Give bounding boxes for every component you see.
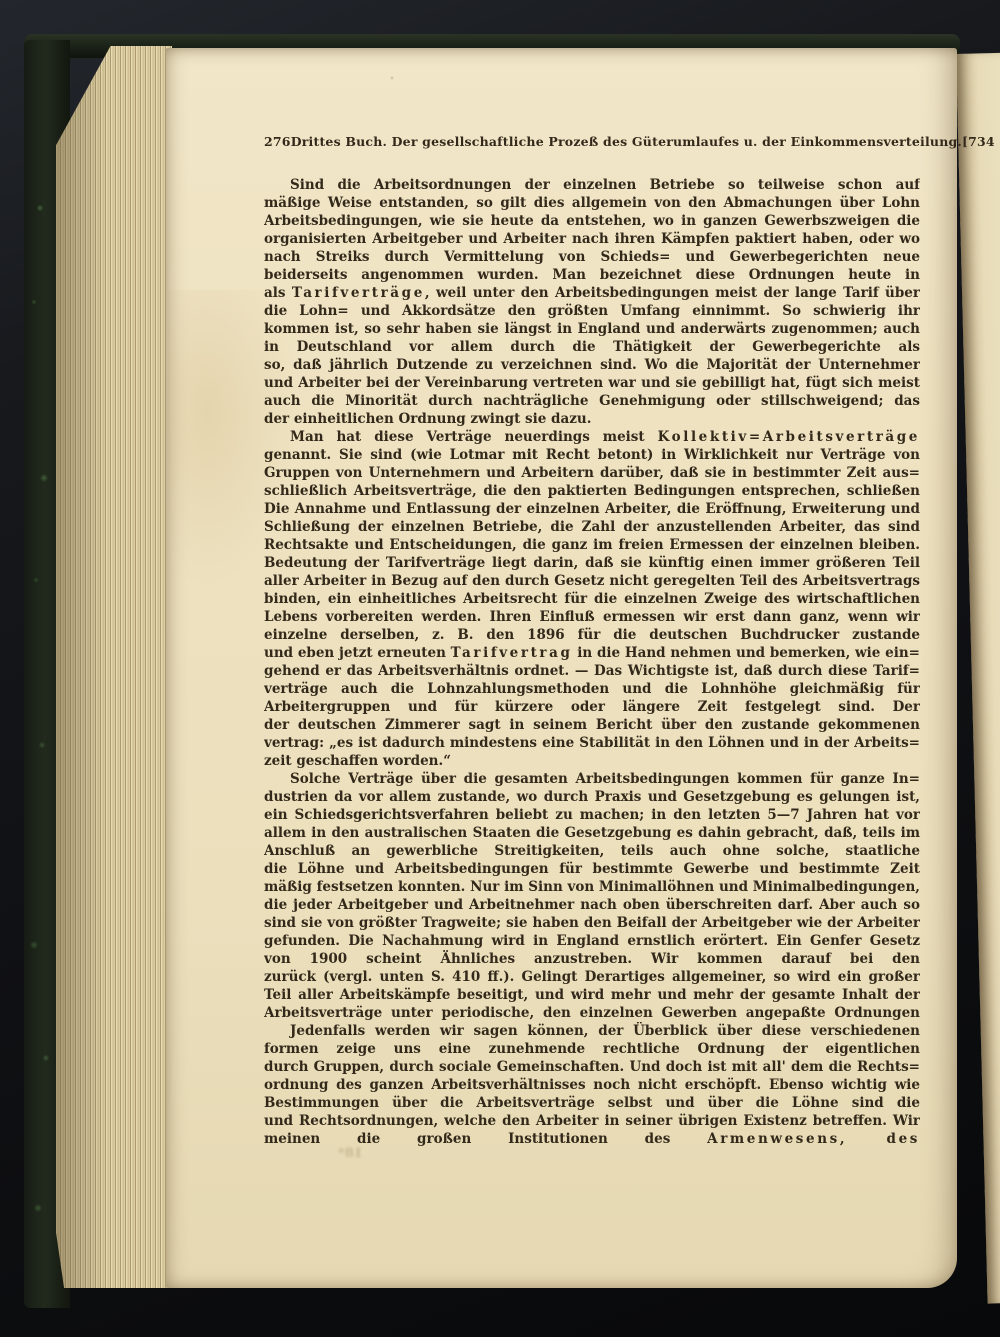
text-line: Bestimmungen über die Arbeitsverträge se… [264,1094,920,1112]
text-line: die jeder Arbeitgeber und Arbeitnehmer n… [264,896,920,914]
show-through-mark: 18* [338,1146,363,1161]
text-line: und eben jetzt erneuten Tarifvertrag in … [264,644,920,662]
running-title: Drittes Buch. Der gesellschaftliche Proz… [291,134,962,149]
letterspaced-term: Tarifverträge [292,285,425,301]
text-line: gehend er das Arbeitsverhältnis ordnet. … [264,662,920,680]
text-line: formen zeige uns eine zunehmende rechtli… [264,1040,920,1058]
text-line: der einheitlichen Ordnung zwingt sie daz… [264,410,920,428]
text-line: verträge auch die Lohnzahlungsmethoden u… [264,680,920,698]
body-text: Sind die Arbeitsordnungen der einzelnen … [264,176,920,1148]
text-line: Gruppen von Unternehmern und Arbeitern d… [264,464,920,482]
text-line: Rechtsakte und Entscheidungen, die ganz … [264,536,920,554]
page-content: 276 Drittes Buch. Der gesellschaftliche … [264,134,920,1148]
text-line: mäßig festsetzen konnten. Nur im Sinn vo… [264,878,920,896]
text-line: gefunden. Die Nachahmung wird in England… [264,932,920,950]
text-line: kommen ist, so sehr haben sie längst in … [264,320,920,338]
letterspaced-term: Kollektiv=Arbeitsverträge [658,429,920,445]
text-line: ordnung des ganzen Arbeitsverhältnisses … [264,1076,920,1094]
text-line: der deutschen Zimmerer sagt in seinem Be… [264,716,920,734]
text-line: Jedenfalls werden wir sagen können, der … [264,1022,920,1040]
text-line: von 1900 scheint Ähnliches anzustreben. … [264,950,920,968]
text-line: Anschluß an gewerbliche Streitigkeiten, … [264,842,920,860]
letterspaced-term: Tarifvertrag [451,645,573,661]
text-line: so, daß jährlich Dutzende zu verzeichnen… [264,356,920,374]
text-line: organisierten Arbeitgeber und Arbeiter n… [264,230,920,248]
text-line: aller Arbeiter in Bezug auf den durch Ge… [264,572,920,590]
text-line: schließlich Arbeitsverträge, die den pak… [264,482,920,500]
text-line: zurück (vergl. unten S. 410 ff.). Geling… [264,968,920,986]
text-line: Lebens vorbereiten werden. Ihren Einfluß… [264,608,920,626]
adjacent-page-sliver [956,52,1000,1303]
text-line: allem in den australischen Staaten die G… [264,824,920,842]
text-line: durch Gruppen, durch sociale Gemeinschaf… [264,1058,920,1076]
text-line: mäßige Weise entstanden, so gilt dies al… [264,194,920,212]
text-line: binden, ein einheitliches Arbeitsrecht f… [264,590,920,608]
text-line: einzelne derselben, z. B. den 1896 für d… [264,626,920,644]
text-line: Arbeitergruppen und für kürzere oder län… [264,698,920,716]
text-line: Solche Verträge über die gesamten Arbeit… [264,770,920,788]
text-line: nach Streiks durch Vermittelung von Schi… [264,248,920,266]
paragraph: Jedenfalls werden wir sagen können, der … [264,1022,920,1148]
text-line: ein Schiedsgerichtsverfahren beliebt zu … [264,806,920,824]
paragraph: Solche Verträge über die gesamten Arbeit… [264,770,920,1022]
text-line: Man hat diese Verträge neuerdings meist … [264,428,920,446]
page-edge-stack [56,46,172,1288]
text-line: sind sie von größter Tragweite; sie habe… [264,914,920,932]
page-number: 276 [264,134,291,149]
text-line: dustrien da vor allem zustande, wo durch… [264,788,920,806]
text-line: auch die Minorität durch nachträgliche G… [264,392,920,410]
text-line: genannt. Sie sind (wie Lotmar mit Recht … [264,446,920,464]
text-line: Teil aller Arbeitskämpfe beseitigt, und … [264,986,920,1004]
text-line: und Arbeiter bei der Vereinbarung vertre… [264,374,920,392]
text-line: Bedeutung der Tarifverträge liegt darin,… [264,554,920,572]
running-header: 276 Drittes Buch. Der gesellschaftliche … [264,134,920,149]
paragraph: Man hat diese Verträge neuerdings meist … [264,428,920,770]
text-line: zeit geschaffen worden.“ [264,752,920,770]
text-line: die Lohn= und Akkordsätze den größten Um… [264,302,920,320]
text-line: und Rechtsordnungen, welche den Arbeiter… [264,1112,920,1130]
text-line: als Tarifverträge, weil unter den Arbeit… [264,284,920,302]
text-line: vertrag: „es ist dadurch mindestens eine… [264,734,920,752]
paragraph: Sind die Arbeitsordnungen der einzelnen … [264,176,920,428]
text-line: in Deutschland vor allem durch die Thäti… [264,338,920,356]
text-line: Die Annahme und Entlassung der einzelnen… [264,500,920,518]
text-line: die Löhne und Arbeitsbedingungen für bes… [264,860,920,878]
text-line: Arbeitsbedingungen, wie sie heute da ent… [264,212,920,230]
text-line: Arbeitsverträge unter periodische, den e… [264,1004,920,1022]
book-photo: 276 Drittes Buch. Der gesellschaftliche … [0,0,1000,1337]
text-line: Schließung der einzelnen Betriebe, die Z… [264,518,920,536]
text-line: Sind die Arbeitsordnungen der einzelnen … [264,176,920,194]
column-number: [734 [962,134,995,149]
text-line: beiderseits angenommen wurden. Man bezei… [264,266,920,284]
